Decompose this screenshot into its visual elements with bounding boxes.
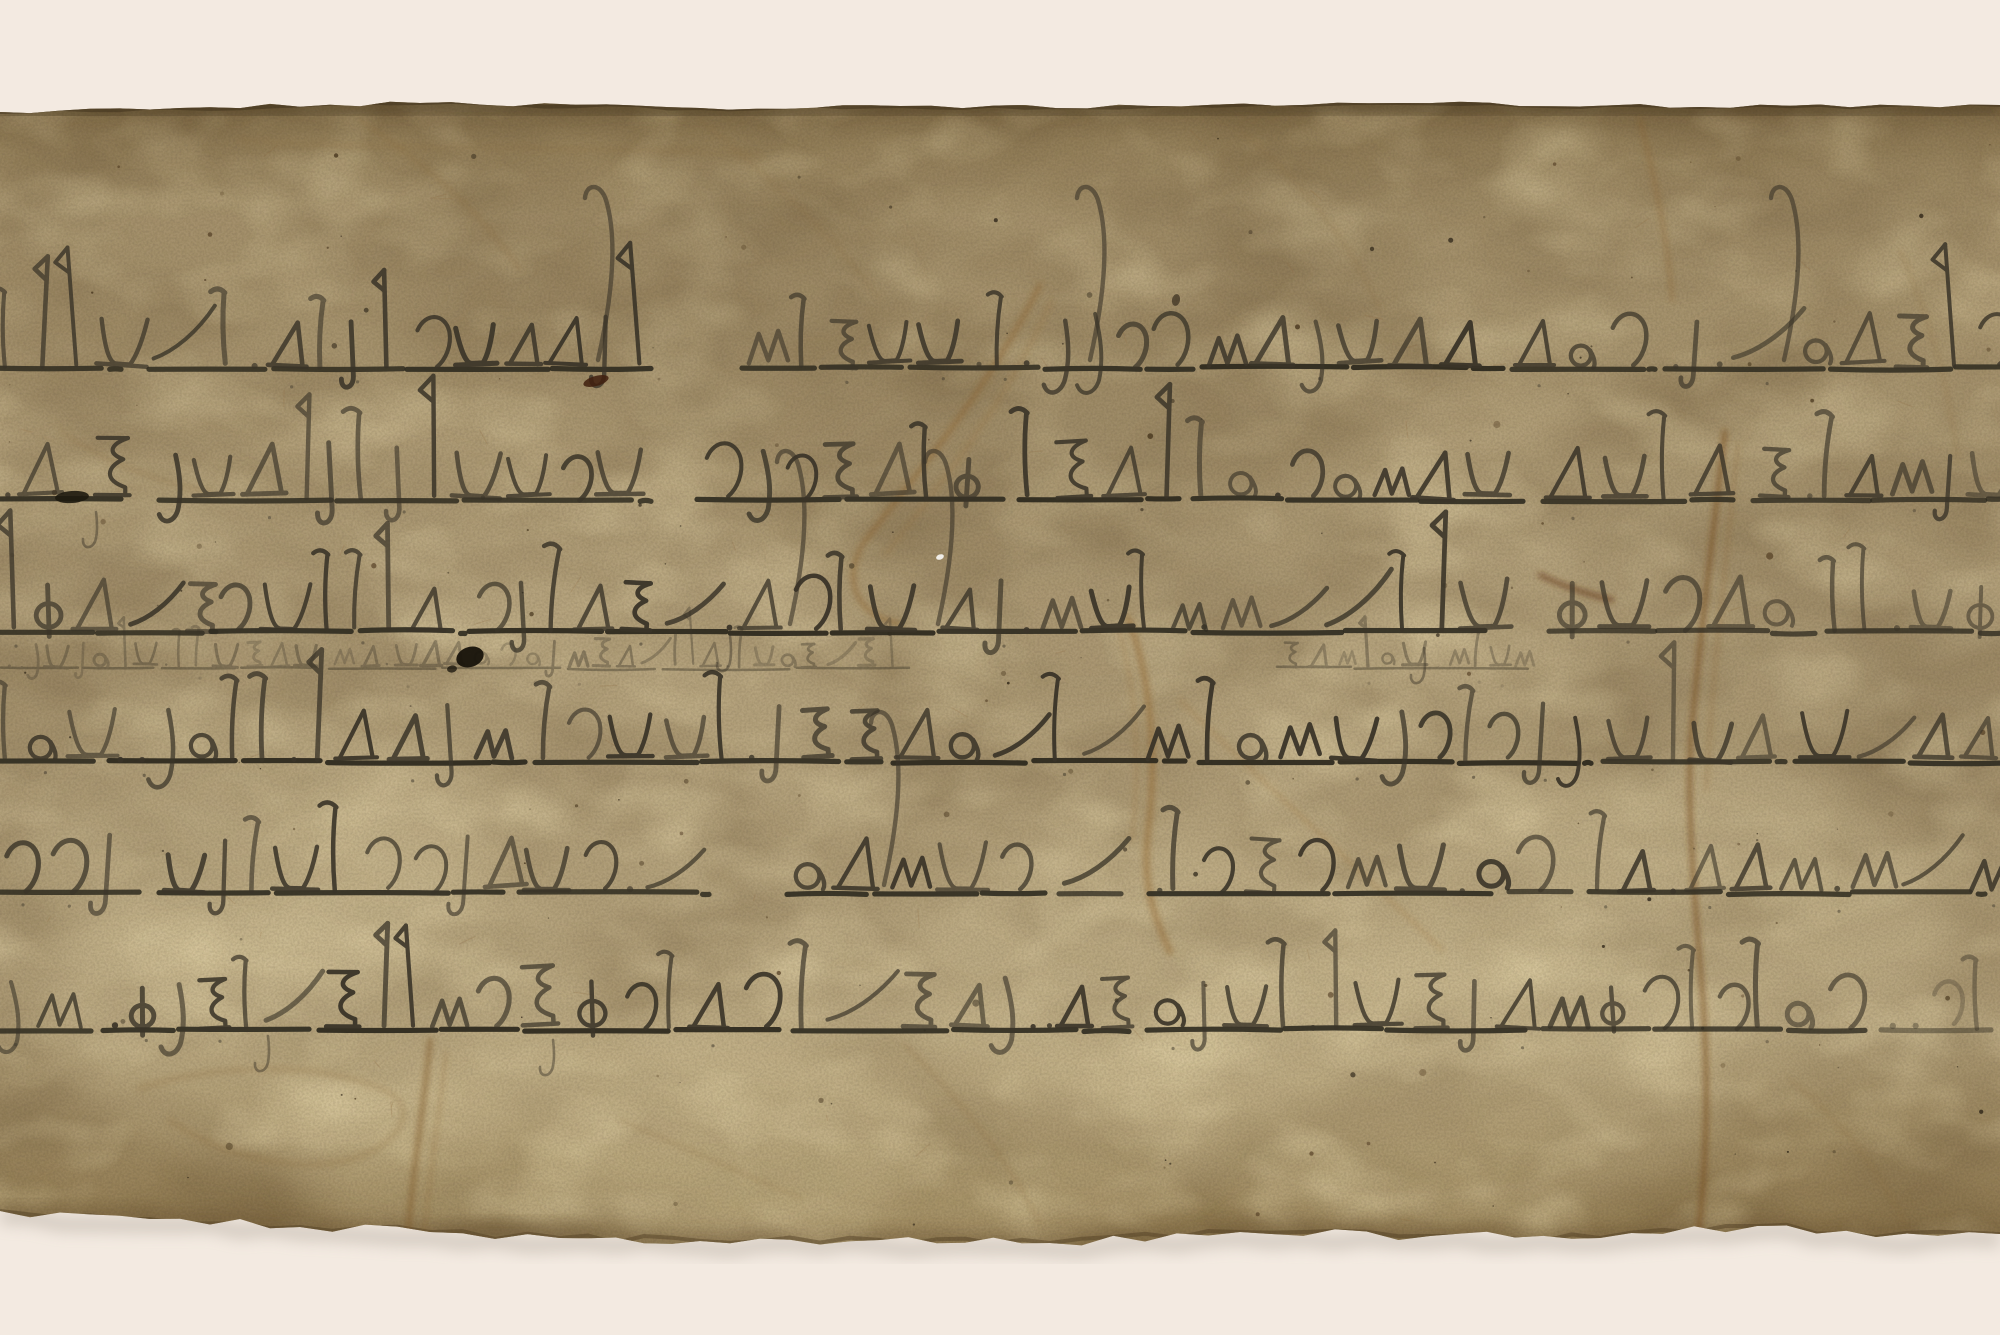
word-underline: [1729, 894, 1850, 895]
glyph-stroke: [1396, 889, 1444, 890]
glyph-stroke: [804, 756, 832, 758]
speck: [1492, 1205, 1494, 1207]
speck: [1838, 1067, 1840, 1069]
glyph-stroke: [574, 629, 612, 630]
speck: [529, 808, 530, 809]
speck: [1567, 393, 1569, 395]
speck: [1367, 1142, 1371, 1146]
glyph: [1047, 1023, 1052, 1028]
word-underline: [787, 893, 866, 894]
speck: [1833, 320, 1835, 322]
glyph-stroke: [485, 884, 527, 887]
speck: [1328, 992, 1334, 998]
word-underline: [1387, 1030, 1525, 1031]
speck: [1819, 1044, 1820, 1045]
speck: [364, 308, 369, 313]
word-underline: [274, 369, 403, 370]
speck: [1165, 1159, 1167, 1161]
manuscript-photo: Photograph of a manuscript fragment: six…: [0, 0, 2000, 1335]
speck: [618, 799, 620, 801]
word-underline: [328, 763, 490, 764]
speck: [1080, 657, 1081, 658]
speck: [1217, 138, 1219, 140]
speck: [1483, 216, 1485, 218]
speck: [527, 529, 529, 531]
speck: [1527, 270, 1530, 273]
glyph-stroke: [213, 666, 237, 667]
speck: [1490, 1017, 1491, 1018]
diacritic-dot: [1478, 681, 1481, 684]
glyph-stroke: [596, 494, 643, 495]
speck: [1651, 769, 1654, 772]
speck: [1721, 1063, 1726, 1068]
speck: [1164, 1167, 1166, 1169]
diacritic-dot: [68, 905, 71, 908]
speck: [260, 768, 261, 769]
speck: [775, 443, 779, 447]
speck: [831, 1103, 833, 1105]
diacritic-dot: [1766, 382, 1769, 385]
glyph-stroke: [269, 666, 289, 667]
word-underline: [1549, 631, 1655, 632]
speck: [240, 938, 243, 941]
speck: [1693, 848, 1695, 850]
glyph-stroke: [164, 890, 204, 892]
glyph-stroke: [1968, 494, 2000, 497]
speck: [1734, 1153, 1736, 1155]
word-underline: [1789, 1030, 1866, 1031]
word-underline: [702, 761, 839, 762]
diacritic-dot: [199, 677, 202, 680]
speck: [226, 1143, 233, 1150]
diacritic-dot: [639, 643, 642, 646]
diacritic-dot: [218, 1040, 221, 1043]
glyph-stroke: [1896, 367, 1927, 368]
paper-grain: [0, 90, 2000, 1260]
diacritic-dot: [1501, 684, 1504, 687]
speck: [521, 1016, 523, 1018]
glyph-stroke: [918, 361, 961, 363]
speck: [892, 531, 894, 533]
glyph-stroke: [1460, 627, 1511, 629]
diacritic-dot: [290, 385, 293, 388]
speck: [1766, 552, 1773, 559]
glyph-stroke: [1057, 496, 1091, 498]
speck: [1583, 561, 1584, 562]
speck: [1590, 345, 1592, 347]
diacritic-dot: [1838, 910, 1841, 913]
speck: [777, 971, 781, 975]
word-underline: [893, 762, 1025, 763]
glyph-stroke: [117, 757, 123, 763]
speck: [1448, 238, 1453, 243]
speck: [1580, 357, 1582, 359]
glyph-stroke: [1842, 361, 1885, 363]
glyph-stroke: [1691, 493, 1733, 494]
glyph-stroke: [1047, 1023, 1052, 1028]
glyph-stroke: [432, 376, 436, 496]
diacritic-dot: [1538, 384, 1541, 387]
photo-canvas: [0, 0, 2000, 1335]
diacritic-dot: [845, 381, 848, 384]
speck: [471, 154, 476, 159]
speck: [117, 165, 120, 168]
speck: [1987, 348, 1991, 352]
diacritic-dot: [411, 779, 414, 782]
glyph: [117, 757, 123, 763]
word-underline: [1355, 668, 1528, 669]
speck: [1370, 247, 1374, 251]
speck: [1810, 399, 1814, 403]
diacritic-dot: [268, 516, 271, 519]
diacritic-dot: [942, 377, 945, 380]
speck: [1541, 522, 1544, 525]
speck: [798, 176, 801, 179]
glyph-stroke: [1389, 365, 1431, 366]
speck: [944, 812, 950, 818]
speck: [239, 762, 241, 764]
glyph-stroke: [335, 757, 377, 758]
glyph-stroke: [1331, 758, 1376, 761]
speck: [354, 1098, 356, 1100]
glyph-stroke: [1490, 665, 1510, 666]
glyph-stroke: [1732, 888, 1771, 889]
speck: [1169, 1163, 1171, 1165]
speck: [1470, 440, 1472, 442]
glyph-stroke: [124, 617, 126, 667]
glyph-stroke: [1980, 587, 1982, 637]
glyph-stroke: [384, 270, 386, 366]
word-underline: [1910, 763, 2000, 764]
glyph-stroke: [739, 628, 781, 629]
diacritic-dot: [44, 771, 47, 774]
glyph-stroke: [1961, 757, 1996, 759]
diacritic-dot: [1472, 776, 1475, 779]
speck: [1647, 897, 1651, 901]
speck: [1419, 1069, 1426, 1076]
glyph-stroke: [248, 665, 262, 666]
word-underline: [1873, 499, 1985, 500]
glyph-stroke: [1355, 1024, 1402, 1025]
speck: [575, 804, 578, 807]
glyph-stroke: [1911, 627, 1951, 628]
speck: [818, 1098, 823, 1103]
speck: [341, 1094, 343, 1096]
speck: [889, 206, 892, 209]
word-underline: [1658, 630, 1768, 631]
speck: [638, 503, 641, 506]
speck: [1561, 906, 1563, 908]
speck: [1068, 769, 1073, 774]
word-underline: [1665, 369, 1823, 370]
word-underline: [159, 500, 331, 501]
word-underline: [276, 893, 448, 894]
glyph-stroke: [452, 495, 500, 498]
diacritic-dot: [1521, 1046, 1524, 1049]
diacritic-dot: [1627, 641, 1630, 644]
speck: [1578, 823, 1580, 825]
glyph-stroke: [1091, 626, 1133, 628]
speck: [327, 247, 329, 249]
diacritic-dot: [1367, 682, 1370, 685]
speck: [208, 232, 213, 237]
word-underline: [0, 368, 101, 369]
glyph-stroke: [1497, 1026, 1539, 1029]
word-underline: [552, 369, 651, 370]
diacritic-dot: [1318, 377, 1321, 380]
speck: [1467, 672, 1471, 676]
speck: [1714, 206, 1715, 207]
diacritic-dot: [711, 1044, 714, 1047]
glyph-stroke: [387, 523, 390, 628]
speck: [658, 378, 661, 381]
glyph-stroke: [1283, 667, 1298, 668]
speck: [1309, 1151, 1313, 1155]
glyph-stroke: [593, 665, 609, 666]
speck: [656, 1075, 659, 1078]
word-underline: [1881, 1030, 1991, 1031]
speck: [9, 384, 10, 385]
speck: [684, 779, 689, 784]
speck: [741, 245, 746, 250]
speck: [1511, 587, 1513, 589]
glyph-stroke: [44, 667, 67, 669]
speck: [220, 191, 224, 195]
diacritic-dot: [1913, 509, 1916, 512]
word-underline: [103, 1030, 173, 1031]
glyph-stroke: [1760, 496, 1788, 497]
speck: [913, 1223, 915, 1225]
speck: [1787, 1151, 1789, 1153]
diacritic-dot: [361, 641, 364, 644]
word-underline: [1084, 1031, 1129, 1032]
glyph-stroke: [1251, 364, 1293, 365]
speck: [798, 794, 801, 797]
speck: [1245, 780, 1250, 785]
glyph-stroke: [674, 632, 676, 664]
glyph-stroke: [666, 756, 707, 758]
diacritic-dot: [14, 645, 17, 648]
speck: [215, 541, 217, 543]
speck: [1553, 162, 1557, 166]
speck: [1741, 994, 1744, 997]
glyph-stroke: [268, 365, 307, 367]
speck: [1945, 996, 1950, 1001]
glyph-stroke: [1334, 930, 1337, 1027]
diacritic-dot: [1002, 645, 1005, 648]
glyph-stroke: [951, 1025, 987, 1027]
speck: [994, 218, 998, 222]
glyph: [252, 363, 258, 369]
speck: [1602, 945, 1605, 948]
diacritic-dot: [14, 1043, 17, 1046]
glyph-stroke: [852, 758, 881, 759]
speck: [204, 279, 206, 281]
speck: [1837, 828, 1838, 829]
diacritic-dot: [1571, 517, 1574, 520]
speck: [524, 862, 526, 864]
glyph-stroke: [456, 363, 497, 365]
glyph-stroke: [903, 1026, 935, 1027]
diacritic-dot: [143, 774, 146, 777]
speck: [529, 612, 533, 616]
glyph-stroke: [48, 585, 50, 636]
speck: [1434, 1162, 1436, 1164]
glyph-stroke: [1690, 760, 1731, 763]
glyph-stroke: [19, 492, 62, 494]
speck: [371, 563, 376, 568]
glyph-stroke: [1103, 1026, 1133, 1028]
speck: [120, 1019, 125, 1024]
glyph-stroke: [689, 1027, 728, 1028]
diacritic-dot: [533, 681, 536, 684]
diacritic-dot: [1004, 378, 1007, 381]
glyph-stroke: [828, 367, 856, 368]
speck: [679, 1082, 681, 1084]
speck: [9, 441, 10, 442]
glyph-stroke: [252, 363, 258, 369]
speck: [1748, 362, 1752, 366]
speck: [1295, 324, 1300, 329]
word-underline: [1147, 1029, 1281, 1030]
word-underline: [1045, 368, 1140, 369]
speck: [447, 572, 449, 574]
speck: [1256, 1212, 1260, 1216]
glyph-stroke: [508, 494, 550, 496]
glyph-stroke: [869, 360, 910, 362]
glyph-stroke: [871, 492, 914, 494]
speck: [187, 1177, 188, 1178]
speck: [1776, 922, 1778, 924]
speck: [1147, 433, 1153, 439]
speck: [1888, 811, 1893, 816]
glyph-stroke: [1914, 757, 1952, 758]
diacritic-dot: [1544, 779, 1547, 782]
glyph-stroke: [966, 459, 969, 505]
speck: [849, 563, 855, 569]
glyph-stroke: [825, 497, 857, 498]
diacritic-dot: [1356, 777, 1359, 780]
speck: [1107, 599, 1110, 602]
word-underline: [1459, 763, 1577, 764]
glyph-stroke: [1339, 360, 1381, 363]
speck: [1989, 144, 1990, 145]
speck: [162, 850, 164, 852]
word-underline: [640, 500, 651, 501]
glyph-stroke: [1619, 890, 1654, 891]
diacritic-dot: [578, 683, 581, 686]
glyph-stroke: [1309, 666, 1328, 667]
speck: [24, 672, 26, 674]
speck: [673, 1202, 677, 1206]
speck: [859, 984, 861, 986]
speck: [680, 525, 682, 527]
glyph-stroke: [68, 756, 118, 757]
speck: [928, 439, 930, 441]
word-underline: [568, 669, 655, 670]
speck: [1350, 1072, 1355, 1077]
speck: [1249, 230, 1253, 234]
speck: [985, 699, 988, 702]
speck: [1736, 156, 1741, 161]
word-underline: [493, 762, 525, 763]
word-underline: [1193, 633, 1342, 634]
speck: [639, 861, 644, 866]
speck: [1737, 843, 1740, 846]
speck: [1833, 1150, 1836, 1153]
glyph-stroke: [591, 982, 593, 1036]
diacritic-dot: [356, 380, 359, 383]
diacritic-dot: [407, 685, 410, 688]
word-underline: [1692, 499, 1733, 500]
word-underline: [1285, 1028, 1382, 1029]
glyph-stroke: [1465, 494, 1510, 495]
speck: [1006, 333, 1007, 334]
speck: [652, 347, 654, 349]
glyph-stroke: [1246, 891, 1278, 893]
speck: [1631, 277, 1633, 279]
glyph-stroke: [1686, 888, 1724, 890]
glyph-stroke: [833, 888, 877, 889]
speck: [197, 544, 202, 549]
speck: [1436, 633, 1440, 637]
diacritic-dot: [1172, 1047, 1175, 1050]
diacritic-dot: [1604, 905, 1607, 908]
word-underline: [1335, 893, 1491, 894]
glyph-stroke: [896, 757, 939, 758]
speck: [332, 343, 338, 349]
speck: [1979, 1110, 1983, 1114]
speck: [100, 519, 105, 524]
speck: [766, 916, 768, 918]
glyph-stroke: [1224, 1025, 1267, 1026]
glyph-stroke: [1103, 494, 1145, 496]
speck: [340, 235, 341, 236]
speck: [665, 563, 666, 564]
diacritic-dot: [21, 903, 24, 906]
speck: [680, 832, 684, 836]
word-underline: [1585, 762, 1591, 763]
glyph-stroke: [134, 664, 157, 665]
speck: [69, 736, 71, 738]
word-underline: [982, 893, 1045, 894]
speck: [1756, 839, 1758, 841]
speck: [499, 378, 501, 380]
glyph-stroke: [193, 494, 233, 496]
speck: [1140, 508, 1143, 511]
word-underline: [1193, 498, 1282, 499]
speck: [1292, 778, 1294, 780]
glyph-stroke: [242, 493, 286, 494]
word-underline: [1831, 369, 1951, 370]
speck: [1957, 1066, 1958, 1067]
speck: [1493, 421, 1500, 428]
word-underline: [83, 668, 153, 669]
speck: [1062, 343, 1063, 344]
speck: [91, 291, 93, 293]
speck: [136, 405, 138, 407]
word-underline: [1603, 761, 1770, 762]
glyph-stroke: [1415, 1028, 1447, 1029]
speck: [972, 1000, 979, 1007]
diacritic-dot: [1708, 906, 1711, 909]
glyph-stroke: [622, 629, 650, 630]
speck: [334, 153, 338, 157]
glyph-stroke: [1611, 988, 1614, 1032]
glyph-stroke: [1608, 757, 1651, 759]
glyph-stroke: [1738, 756, 1775, 757]
speck: [1001, 671, 1006, 676]
